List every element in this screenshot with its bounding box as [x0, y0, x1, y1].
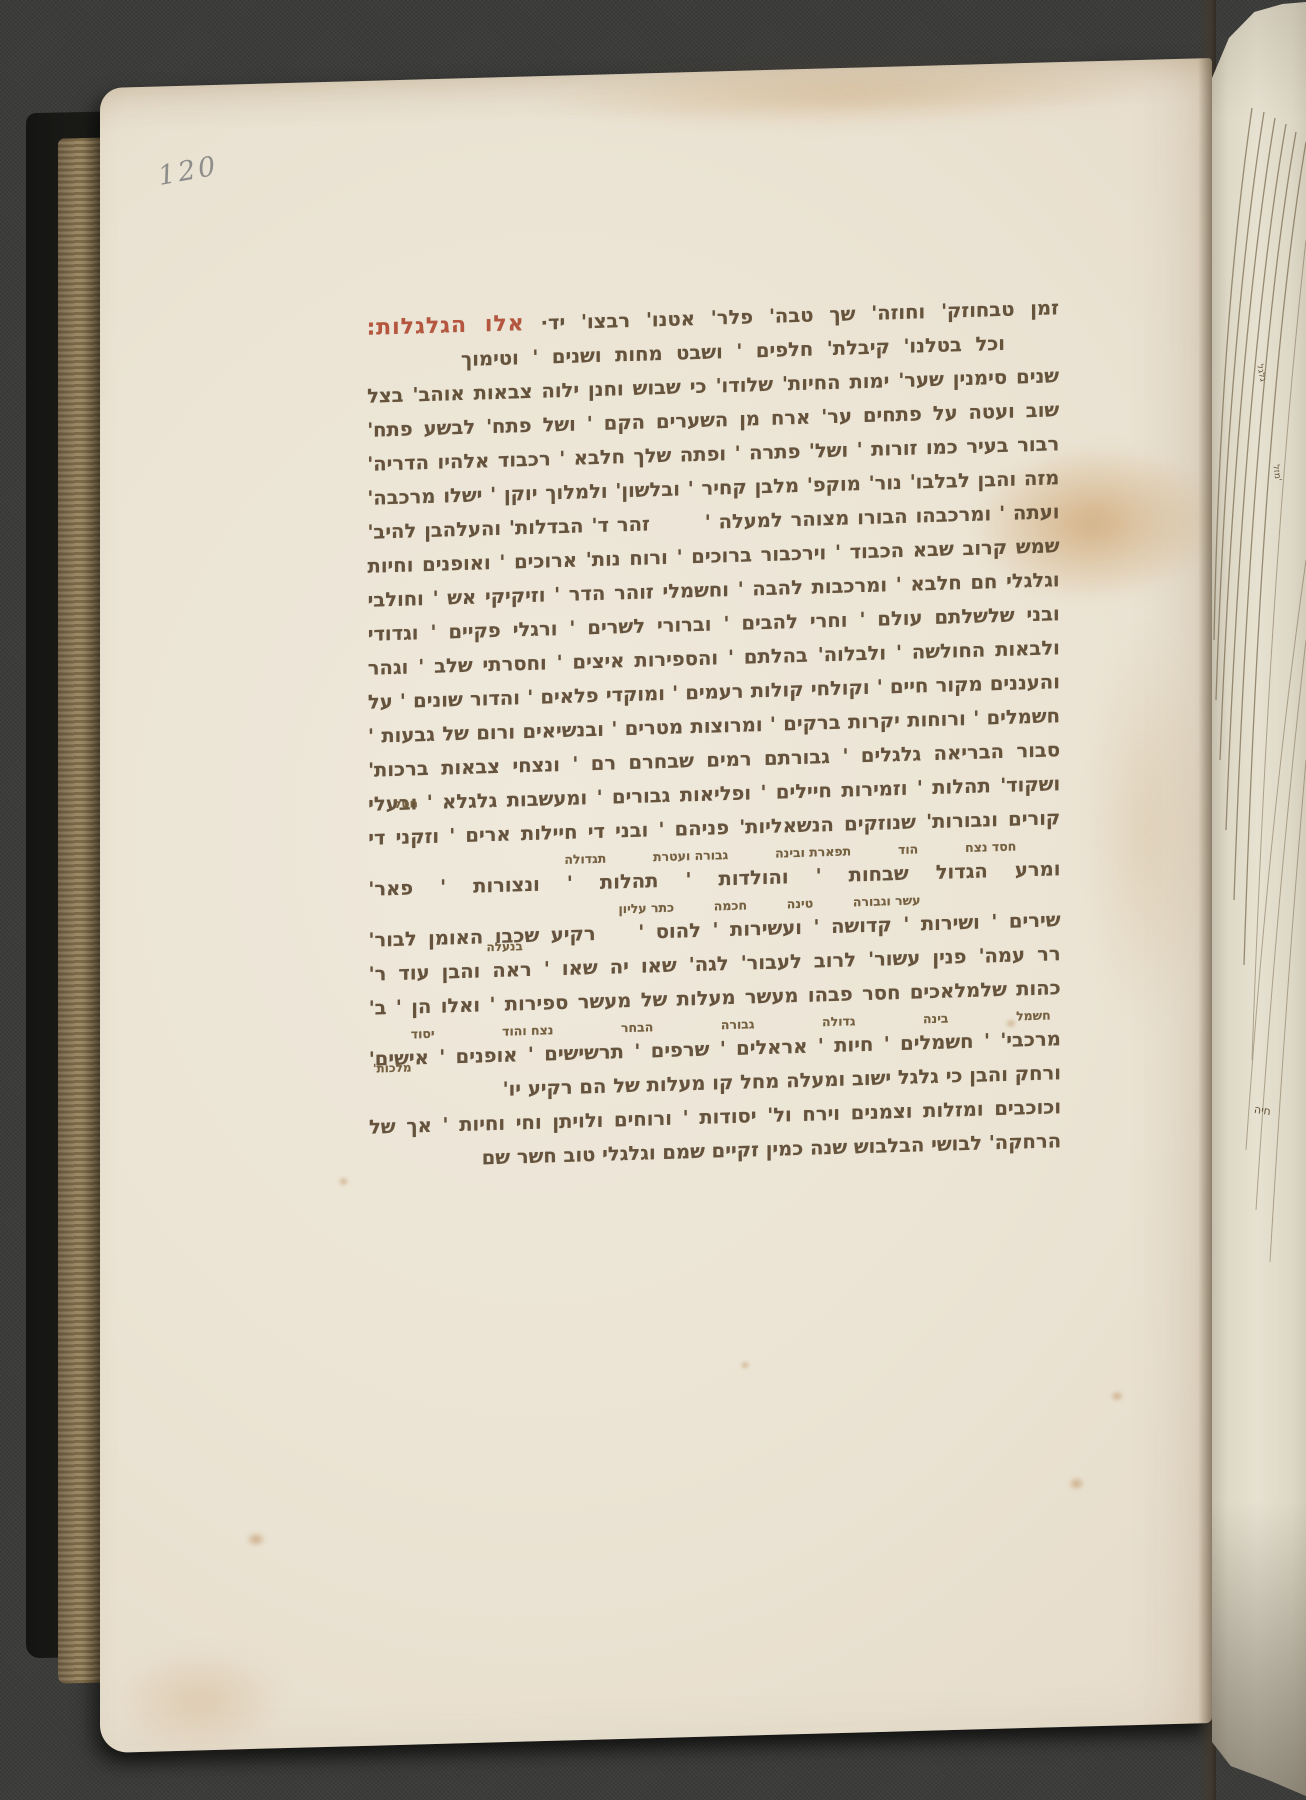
- photo-of-manuscript: { "document_type": "hebrew-manuscript-pa…: [0, 0, 1306, 1800]
- gloss-word: גבורה: [721, 1016, 755, 1034]
- fox-spot: [246, 1532, 266, 1548]
- gloss-word: חשמל: [1016, 1007, 1051, 1025]
- gloss-word: בינה: [923, 1011, 949, 1029]
- fox-spot: [1110, 1390, 1124, 1401]
- stain: [1080, 618, 1210, 1042]
- marginal-gloss: מלכות': [373, 1060, 412, 1075]
- gloss-word: יסוד: [411, 1026, 435, 1044]
- gloss-word: חכמה: [714, 897, 747, 915]
- fox-spot: [1068, 1476, 1085, 1490]
- gloss-word: עשר וגבורה: [853, 892, 921, 911]
- gloss-word: הבחר: [621, 1019, 653, 1037]
- facing-page-shading: [1212, 0, 1306, 1800]
- stain: [110, 1643, 290, 1758]
- text-block: זמן טבחוזק' וחוזה' שך טבה' פלר' אטנו' רב…: [367, 293, 1061, 1180]
- rubric-heading: אלו הגלגלות׃: [367, 311, 525, 341]
- gloss-word: הוד: [898, 841, 918, 859]
- marginal-gloss: בנעלה: [487, 939, 523, 954]
- gloss-word: גדולה: [822, 1013, 855, 1031]
- gloss-word: נצח והוד: [502, 1022, 553, 1041]
- gloss-word: טינה: [787, 896, 813, 914]
- manuscript-page: 120 זמן טבחוזק' וחוזה' שך טבה' פלר' אטנו…: [100, 58, 1212, 1753]
- folio-number: 120: [156, 150, 221, 192]
- gloss-word: חסד נצח: [965, 839, 1016, 858]
- gloss-word: כתר עליון: [618, 900, 674, 919]
- fox-spot: [338, 1176, 349, 1186]
- facing-page: גלגל מזל' חיה: [1212, 0, 1306, 1800]
- gloss-word: תגדולה: [564, 851, 606, 869]
- marginal-gloss: חסל: [394, 796, 418, 811]
- stain: [530, 53, 1170, 136]
- fox-spot: [740, 1361, 750, 1370]
